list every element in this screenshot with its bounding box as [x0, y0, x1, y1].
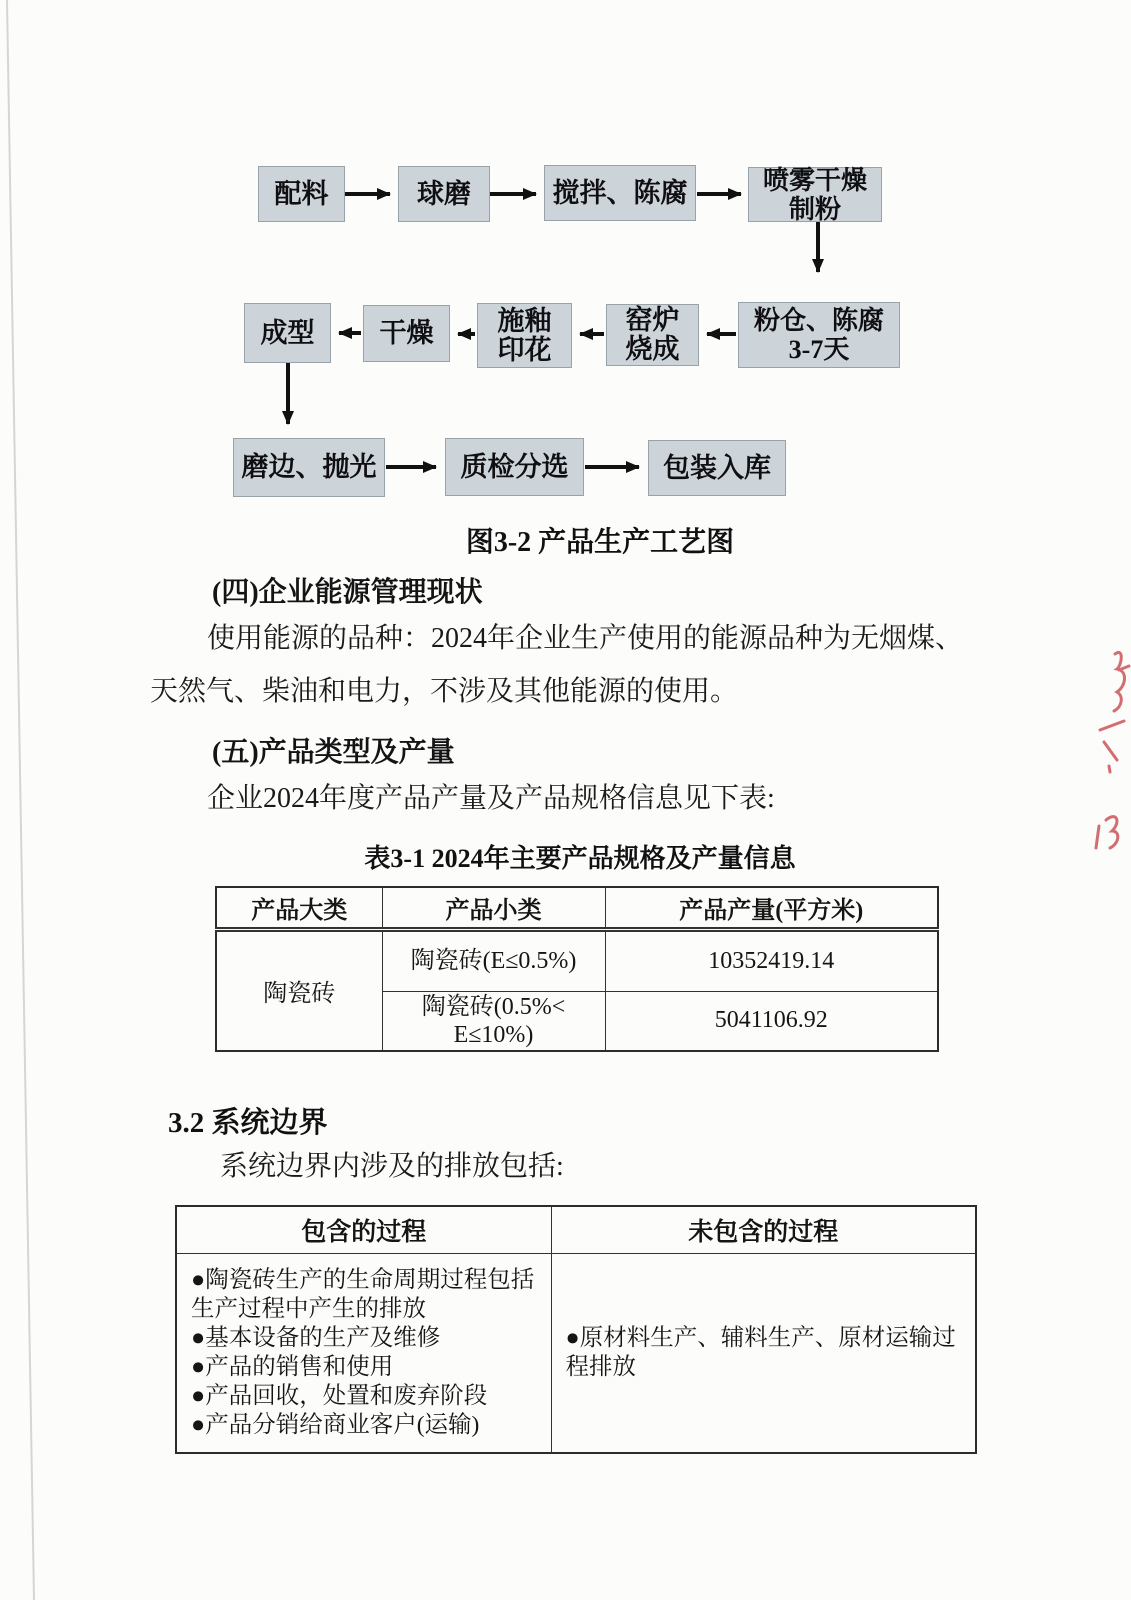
- flow-step-label: 施釉 印花: [498, 307, 552, 365]
- paragraph-energy: 使用能源的品种：2024年企业生产使用的能源品种为无烟煤、天然气、柴油和电力，不…: [150, 612, 990, 718]
- table-row: ●陶瓷砖生产的生命周期过程包括生产过程中产生的排放 ●基本设备的生产及维修 ●产…: [176, 1253, 976, 1453]
- table-header-row: 包含的过程 未包含的过程: [176, 1206, 976, 1253]
- cell-included-processes: ●陶瓷砖生产的生命周期过程包括生产过程中产生的排放 ●基本设备的生产及维修 ●产…: [176, 1253, 551, 1453]
- table-caption: 表3-1 2024年主要产品规格及产量信息: [300, 838, 860, 875]
- col-header-included: 包含的过程: [176, 1206, 551, 1253]
- flow-step-kiln-firing: 窑炉 烧成: [606, 304, 699, 366]
- cell-output: 10352419.14: [605, 929, 938, 991]
- flow-step-label: 搅拌、陈腐: [553, 179, 688, 208]
- bullet-item: ●产品分销给商业客户(运输): [191, 1411, 546, 1440]
- flow-step-packing-storage: 包装入库: [648, 440, 786, 496]
- bullet-item: ●产品回收，处置和废弃阶段: [191, 1382, 546, 1411]
- scanned-document-page: { "page": { "width_px": 1131, "height_px…: [0, 0, 1131, 1600]
- scan-edge-line: [0, 0, 60, 1600]
- product-output-table: 产品大类 产品小类 产品产量(平方米) 陶瓷砖 陶瓷砖(E≤0.5%) 1035…: [215, 886, 939, 1052]
- col-header-output: 产品产量(平方米): [605, 887, 938, 929]
- col-header-excluded: 未包含的过程: [551, 1206, 976, 1253]
- cell-excluded-processes: ●原材料生产、辅料生产、原材运输过程排放: [551, 1253, 976, 1453]
- cell-subtype: 陶瓷砖(0.5%< E≤10%): [382, 991, 605, 1051]
- flow-step-drying: 干燥: [363, 305, 450, 362]
- flow-step-powder-silo: 粉仓、陈腐 3-7天: [738, 302, 900, 368]
- cell-category: 陶瓷砖: [216, 929, 382, 1051]
- flow-step-label: 粉仓、陈腐 3-7天: [754, 306, 884, 364]
- flow-step-forming: 成型: [244, 303, 331, 363]
- system-boundary-table: 包含的过程 未包含的过程 ●陶瓷砖生产的生命周期过程包括生产过程中产生的排放 ●…: [175, 1205, 977, 1454]
- flow-step-label: 窑炉 烧成: [626, 306, 680, 364]
- flow-step-batching: 配料: [258, 166, 345, 222]
- flow-step-stir-aging: 搅拌、陈腐: [544, 165, 696, 221]
- flow-step-label: 干燥: [380, 319, 434, 348]
- flow-step-label: 质检分选: [461, 453, 569, 482]
- flow-step-label: 配料: [275, 180, 329, 209]
- bullet-item: ●陶瓷砖生产的生命周期过程包括生产过程中产生的排放: [191, 1266, 546, 1324]
- flow-step-label: 喷雾干燥 制粉: [763, 166, 867, 224]
- section-heading-product: (五)产品类型及产量: [212, 730, 455, 770]
- flow-step-label: 包装入库: [663, 454, 771, 483]
- bullet-item: ●原材料生产、辅料生产、原材运输过程排放: [566, 1324, 967, 1382]
- cell-output: 5041106.92: [605, 991, 938, 1051]
- red-stamp-fragment: [1085, 630, 1131, 870]
- flow-step-label: 球磨: [417, 180, 471, 209]
- bullet-item: ●产品的销售和使用: [191, 1353, 546, 1382]
- col-header-subtype: 产品小类: [382, 887, 605, 929]
- flow-step-glazing-print: 施釉 印花: [477, 303, 572, 368]
- flow-step-label: 成型: [261, 319, 315, 348]
- paragraph-product: 企业2024年度产品产量及产品规格信息见下表:: [150, 772, 990, 825]
- flow-step-label: 磨边、抛光: [242, 453, 377, 482]
- flow-step-ball-milling: 球磨: [398, 166, 490, 222]
- flow-step-quality-sorting: 质检分选: [445, 438, 584, 496]
- cell-subtype: 陶瓷砖(E≤0.5%): [382, 929, 605, 991]
- flow-step-spray-drying: 喷雾干燥 制粉: [748, 167, 882, 222]
- section-heading-energy: (四)企业能源管理现状: [212, 570, 483, 610]
- section-heading-boundary: 3.2 系统边界: [168, 1100, 328, 1141]
- flow-step-edge-polishing: 磨边、抛光: [233, 438, 385, 497]
- paragraph-boundary: 系统边界内涉及的排放包括:: [150, 1140, 990, 1193]
- table-row: 陶瓷砖 陶瓷砖(E≤0.5%) 10352419.14: [216, 929, 938, 991]
- col-header-category: 产品大类: [216, 887, 382, 929]
- figure-caption: 图3-2 产品生产工艺图: [350, 520, 850, 560]
- table-header-row: 产品大类 产品小类 产品产量(平方米): [216, 887, 938, 929]
- bullet-item: ●基本设备的生产及维修: [191, 1324, 546, 1353]
